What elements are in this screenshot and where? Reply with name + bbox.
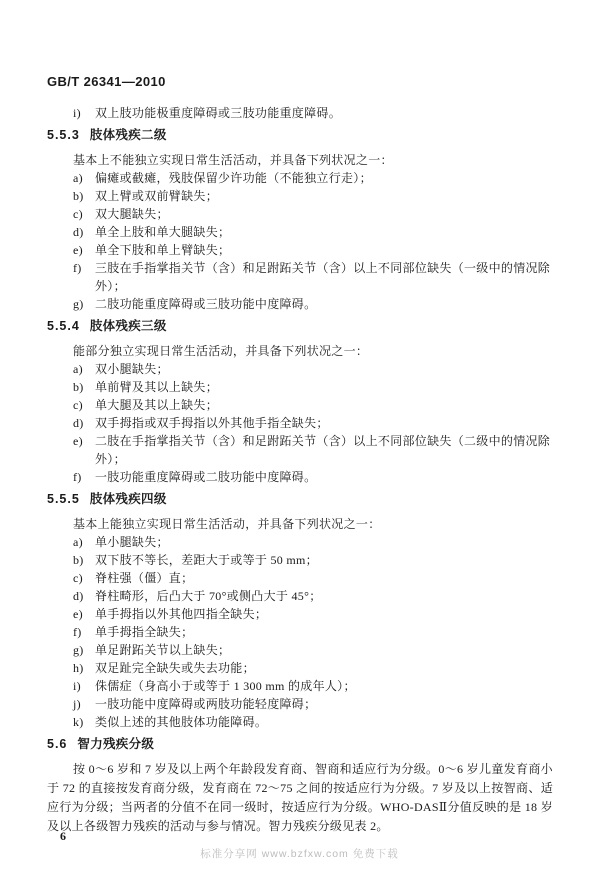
list-item-text: 二肢在手指掌指关节（含）和足跗跖关节（含）以上不同部位缺失（二级中的情况除外）； <box>95 432 553 468</box>
list-item-text: 单大腿及其以上缺失； <box>95 396 553 414</box>
list-item: i)侏儒症（身高小于或等于 1 300 mm 的成年人）； <box>47 677 553 695</box>
section-number: 5.5.4 <box>47 319 80 333</box>
list-item-text: 单全上肢和单大腿缺失； <box>95 223 553 241</box>
list-item: b)双上臂或双前臂缺失； <box>47 187 553 205</box>
list-item-text: 单手拇指以外其他四指全缺失； <box>95 605 553 623</box>
list-item-text: 脊柱畸形，后凸大于 70°或侧凸大于 45°； <box>95 587 553 605</box>
list-item: b)双下肢不等长，差距大于或等于 50 mm； <box>47 551 553 569</box>
section-title: 肢体残疾三级 <box>90 319 167 333</box>
list-item: d)双手拇指或双手拇指以外其他手指全缺失； <box>47 414 553 432</box>
list-item-text: 一肢功能中度障碍或两肢功能轻度障碍； <box>95 695 553 713</box>
list-item-text: 单小腿缺失； <box>95 533 553 551</box>
list-item-text: 双小腿缺失； <box>95 360 553 378</box>
list-item: d)单全上肢和单大腿缺失； <box>47 223 553 241</box>
list-item: d)脊柱畸形，后凸大于 70°或侧凸大于 45°； <box>47 587 553 605</box>
list-item: h)双足趾完全缺失或失去功能； <box>47 659 553 677</box>
list-item-text: 双手拇指或双手拇指以外其他手指全缺失； <box>95 414 553 432</box>
list-item: a)偏瘫或截瘫，残肢保留少许功能（不能独立行走）； <box>47 169 553 187</box>
section-intro: 基本上不能独立实现日常生活活动，并具备下列状况之一： <box>47 151 553 169</box>
list-item: j)一肢功能中度障碍或两肢功能轻度障碍； <box>47 695 553 713</box>
section-heading-5-5-3: 5.5.3肢体残疾二级 <box>47 126 553 144</box>
list-item: e)单手拇指以外其他四指全缺失； <box>47 605 553 623</box>
section-heading-5-5-4: 5.5.4肢体残疾三级 <box>47 317 553 335</box>
list-item: f)单手拇指全缺失； <box>47 623 553 641</box>
list-item: f)三肢在手指掌指关节（含）和足跗跖关节（含）以上不同部位缺失（一级中的情况除外… <box>47 259 553 295</box>
list-item-label: e) <box>73 605 95 623</box>
list-item-text: 单手拇指全缺失； <box>95 623 553 641</box>
list-item-text: 双上肢功能极重度障碍或三肢功能重度障碍。 <box>95 104 553 122</box>
section-heading-5-5-5: 5.5.5肢体残疾四级 <box>47 490 553 508</box>
list-item: c)单大腿及其以上缺失； <box>47 396 553 414</box>
section-intro: 基本上能独立实现日常生活活动，并具备下列状况之一： <box>47 515 553 533</box>
list-item-label: h) <box>73 659 95 677</box>
list-item: g)单足跗跖关节以上缺失； <box>47 641 553 659</box>
section-intro: 能部分独立实现日常生活活动，并具备下列状况之一： <box>47 342 553 360</box>
list-item: b)单前臂及其以上缺失； <box>47 378 553 396</box>
list-item-text: 三肢在手指掌指关节（含）和足跗跖关节（含）以上不同部位缺失（一级中的情况除外）； <box>95 259 553 295</box>
list-item-label: f) <box>73 623 95 641</box>
list-item-text: 单足跗跖关节以上缺失； <box>95 641 553 659</box>
list-item-label: c) <box>73 569 95 587</box>
list-item-text: 双上臂或双前臂缺失； <box>95 187 553 205</box>
section-title: 肢体残疾二级 <box>90 128 167 142</box>
list-item: f)一肢功能重度障碍或二肢功能中度障碍。 <box>47 468 553 486</box>
list-item-label: d) <box>73 587 95 605</box>
list-item-label: e) <box>73 432 95 468</box>
footer-watermark: 标准分享网 www.bzfxw.com 免费下载 <box>0 846 599 861</box>
list-item-text: 脊柱强（僵）直； <box>95 569 553 587</box>
section-number: 5.6 <box>47 737 67 751</box>
list-item-text: 侏儒症（身高小于或等于 1 300 mm 的成年人）； <box>95 677 553 695</box>
list-item: i) 双上肢功能极重度障碍或三肢功能重度障碍。 <box>47 104 553 122</box>
list-item: e)单全下肢和单上臂缺失； <box>47 241 553 259</box>
list-item-text: 二肢功能重度障碍或三肢功能中度障碍。 <box>95 295 553 313</box>
list-item: c)脊柱强（僵）直； <box>47 569 553 587</box>
list-item-label: d) <box>73 414 95 432</box>
list-item-text: 单全下肢和单上臂缺失； <box>95 241 553 259</box>
document-page: GB/T 26341—2010 i) 双上肢功能极重度障碍或三肢功能重度障碍。 … <box>0 0 599 872</box>
list-item: k)类似上述的其他肢体功能障碍。 <box>47 713 553 731</box>
section-heading-5-6: 5.6智力残疾分级 <box>47 735 553 753</box>
section-title: 肢体残疾四级 <box>90 492 167 506</box>
list-item-label: c) <box>73 396 95 414</box>
list-item-label: f) <box>73 468 95 486</box>
list-item-label: d) <box>73 223 95 241</box>
list-item-label: b) <box>73 551 95 569</box>
section-title: 智力残疾分级 <box>77 737 154 751</box>
list-item-text: 双下肢不等长，差距大于或等于 50 mm； <box>95 551 553 569</box>
page-number: 6 <box>60 829 66 844</box>
list-item-label: e) <box>73 241 95 259</box>
list-item: e)二肢在手指掌指关节（含）和足跗跖关节（含）以上不同部位缺失（二级中的情况除外… <box>47 432 553 468</box>
list-item-label: b) <box>73 378 95 396</box>
standard-number-header: GB/T 26341—2010 <box>47 75 553 88</box>
list-item-label: i) <box>73 104 95 122</box>
list-item-label: g) <box>73 641 95 659</box>
list-item-text: 一肢功能重度障碍或二肢功能中度障碍。 <box>95 468 553 486</box>
list-item-label: g) <box>73 295 95 313</box>
list-item: g)二肢功能重度障碍或三肢功能中度障碍。 <box>47 295 553 313</box>
list-item-label: a) <box>73 360 95 378</box>
list-item-text: 偏瘫或截瘫，残肢保留少许功能（不能独立行走）； <box>95 169 553 187</box>
list-item-label: a) <box>73 169 95 187</box>
list-item-label: j) <box>73 695 95 713</box>
section-number: 5.5.3 <box>47 128 80 142</box>
section-paragraph: 按 0～6 岁和 7 岁及以上两个年龄段发育商、智商和适应行为分级。0～6 岁儿… <box>47 760 553 836</box>
list-item-label: f) <box>73 259 95 295</box>
list-item: a)单小腿缺失； <box>47 533 553 551</box>
list-item-text: 单前臂及其以上缺失； <box>95 378 553 396</box>
list-item: a)双小腿缺失； <box>47 360 553 378</box>
section-number: 5.5.5 <box>47 492 80 506</box>
list-item: c)双大腿缺失； <box>47 205 553 223</box>
list-item-text: 类似上述的其他肢体功能障碍。 <box>95 713 553 731</box>
list-item-label: c) <box>73 205 95 223</box>
list-item-label: i) <box>73 677 95 695</box>
list-item-label: k) <box>73 713 95 731</box>
list-item-text: 双大腿缺失； <box>95 205 553 223</box>
list-item-text: 双足趾完全缺失或失去功能； <box>95 659 553 677</box>
list-item-label: a) <box>73 533 95 551</box>
list-item-label: b) <box>73 187 95 205</box>
